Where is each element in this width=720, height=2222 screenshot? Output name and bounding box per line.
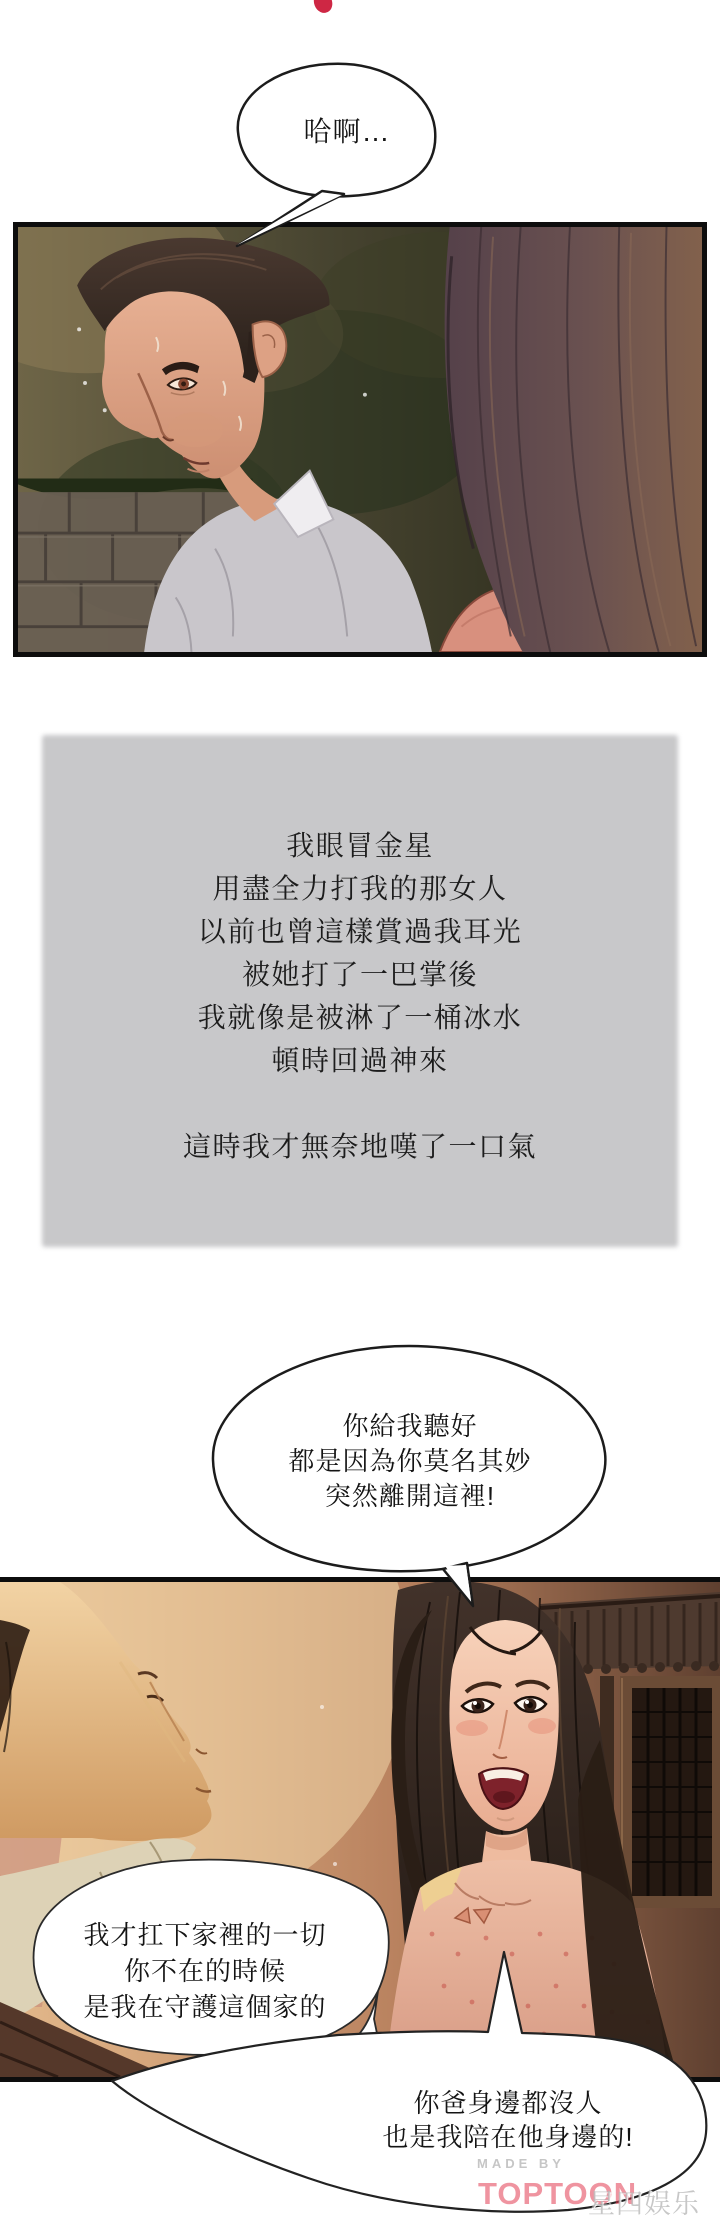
watermark-extra: 星四娱乐 [588,2182,700,2221]
red-heart-tip-mark [312,0,334,15]
bubble-4-text: 你爸身邊都沒人 也是我陪在他身邊的! [333,2086,683,2154]
narration-text: 我眼冒金星 用盡全力打我的那女人 以前也曾這樣賞過我耳光 被她打了一巴掌後 我就… [42,824,678,1168]
bubble-3-text: 我才扛下家裡的一切 你不在的時候 是我在守護這個家的 [30,1917,380,2025]
speech-bubble-1 [222,52,447,257]
comic-page: 哈啊… [0,0,720,2222]
speech-bubble-1-shape [222,52,447,257]
watermark-made-by: MADE BY [477,2156,565,2171]
bubble-2-text: 你給我聽好 都是因為你莫名其妙 突然離開這裡! [230,1409,590,1514]
bubble-1-text: 哈啊… [252,112,442,152]
panel-1-art [18,227,702,652]
panel-1 [13,222,707,657]
